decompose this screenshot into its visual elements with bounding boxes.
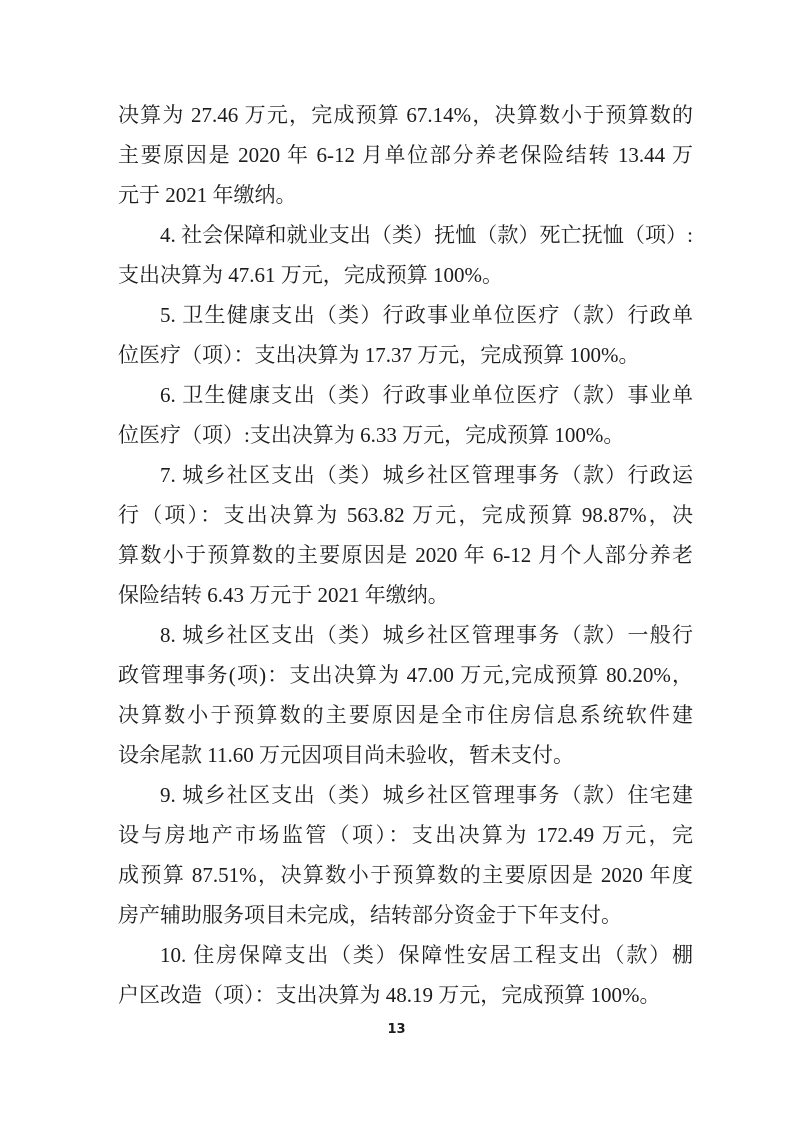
text-line: 户区改造（项）：支出决算为 48.19 万元，完成预算 100%。: [118, 975, 693, 1015]
text-line: 支出决算为 47.61 万元，完成预算 100%。: [118, 255, 693, 295]
text-line: 9. 城乡社区支出（类）城乡社区管理事务（款）住宅建: [118, 775, 693, 815]
text-line: 10. 住房保障支出（类）保障性安居工程支出（款）棚: [118, 935, 693, 975]
document-body: 决算为 27.46 万元，完成预算 67.14%，决算数小于预算数的主要原因是 …: [118, 95, 693, 1015]
text-line: 行（项）：支出决算为 563.82 万元，完成预算 98.87%，决: [118, 495, 693, 535]
text-line: 设余尾款 11.60 万元因项目尚未验收，暂未支付。: [118, 735, 693, 775]
text-line: 6. 卫生健康支出（类）行政事业单位医疗（款）事业单: [118, 375, 693, 415]
text-line: 位医疗（项）:支出决算为 6.33 万元，完成预算 100%。: [118, 415, 693, 455]
text-line: 主要原因是 2020 年 6-12 月单位部分养老保险结转 13.44 万: [118, 135, 693, 175]
text-line: 5. 卫生健康支出（类）行政事业单位医疗（款）行政单: [118, 295, 693, 335]
page-number: 13: [0, 1022, 793, 1037]
text-line: 算数小于预算数的主要原因是 2020 年 6-12 月个人部分养老: [118, 535, 693, 575]
text-line: 设与房地产市场监管（项）：支出决算为 172.49 万元，完: [118, 815, 693, 855]
text-line: 决算数小于预算数的主要原因是全市住房信息系统软件建: [118, 695, 693, 735]
text-line: 政管理事务(项)：支出决算为 47.00 万元,完成预算 80.20%，: [118, 655, 693, 695]
document-page: 决算为 27.46 万元，完成预算 67.14%，决算数小于预算数的主要原因是 …: [0, 0, 793, 1122]
text-line: 7. 城乡社区支出（类）城乡社区管理事务（款）行政运: [118, 455, 693, 495]
text-line: 位医疗（项）：支出决算为 17.37 万元，完成预算 100%。: [118, 335, 693, 375]
text-line: 房产辅助服务项目未完成，结转部分资金于下年支付。: [118, 895, 693, 935]
text-line: 元于 2021 年缴纳。: [118, 175, 693, 215]
text-line: 决算为 27.46 万元，完成预算 67.14%，决算数小于预算数的: [118, 95, 693, 135]
text-line: 4. 社会保障和就业支出（类）抚恤（款）死亡抚恤（项）:: [118, 215, 693, 255]
text-line: 成预算 87.51%，决算数小于预算数的主要原因是 2020 年度: [118, 855, 693, 895]
text-line: 保险结转 6.43 万元于 2021 年缴纳。: [118, 575, 693, 615]
text-line: 8. 城乡社区支出（类）城乡社区管理事务（款）一般行: [118, 615, 693, 655]
